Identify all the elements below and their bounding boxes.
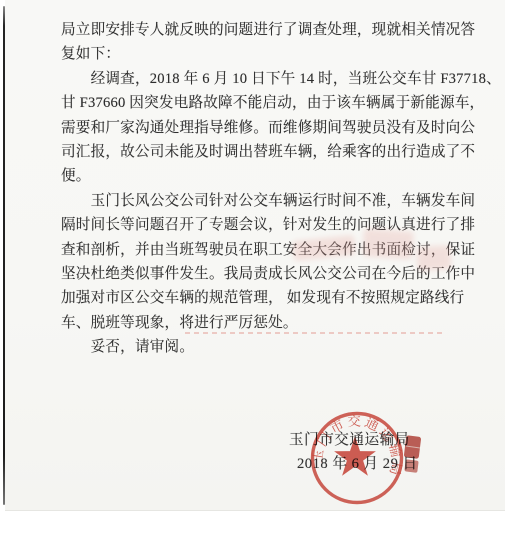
scan-artifact-line bbox=[185, 332, 443, 334]
seal-smudge bbox=[404, 459, 418, 472]
body-line: 甘 F37660 因突发电路故障不能启动，由于该车辆属于新能源车， bbox=[61, 91, 461, 115]
seal-star-icon bbox=[334, 436, 376, 476]
body-line: 加强对市区公交车辆的规范管理， 如发现有不按照规定路线行 bbox=[61, 286, 461, 310]
body-line: 司汇报，故公司未能及时调出替班车辆，给乘客的出行造成了不 bbox=[61, 140, 461, 164]
body-line: 需要和厂家沟通处理指导维修。而维修期间驾驶员没有及时向公 bbox=[61, 116, 461, 140]
body-line: 查和剖析，并由当班驾驶员在职工安全大会作出书面检讨，保证 bbox=[61, 238, 461, 262]
body-line: 便。 bbox=[61, 164, 461, 188]
official-seal: 玉门市交通运输局 bbox=[305, 408, 425, 508]
page-edge-line bbox=[3, 6, 5, 505]
body-line: 玉门长风公交公司针对公交车辆运行时间不准，车辆发车间 bbox=[61, 189, 461, 213]
document-body: 局立即安排专人就反映的问题进行了调查处理，现就相关情况答复如下： 经调查，201… bbox=[61, 18, 461, 359]
body-line: 隔时间长等问题召开了专题会议，针对发生的问题认真进行了排 bbox=[61, 213, 461, 237]
body-line: 妥否，请审阅。 bbox=[61, 335, 461, 359]
scanned-document: 局立即安排专人就反映的问题进行了调查处理，现就相关情况答复如下： 经调查，201… bbox=[0, 0, 518, 540]
body-line: 经调查，2018 年 6 月 10 日下午 14 时，当班公交车甘 F37718… bbox=[61, 67, 461, 91]
body-line: 局立即安排专人就反映的问题进行了调查处理，现就相关情况答 bbox=[61, 18, 461, 42]
body-line: 复如下： bbox=[61, 42, 461, 66]
body-line: 坚决杜绝类似事件发生。我局责成长风公交公司在今后的工作中 bbox=[61, 262, 461, 286]
